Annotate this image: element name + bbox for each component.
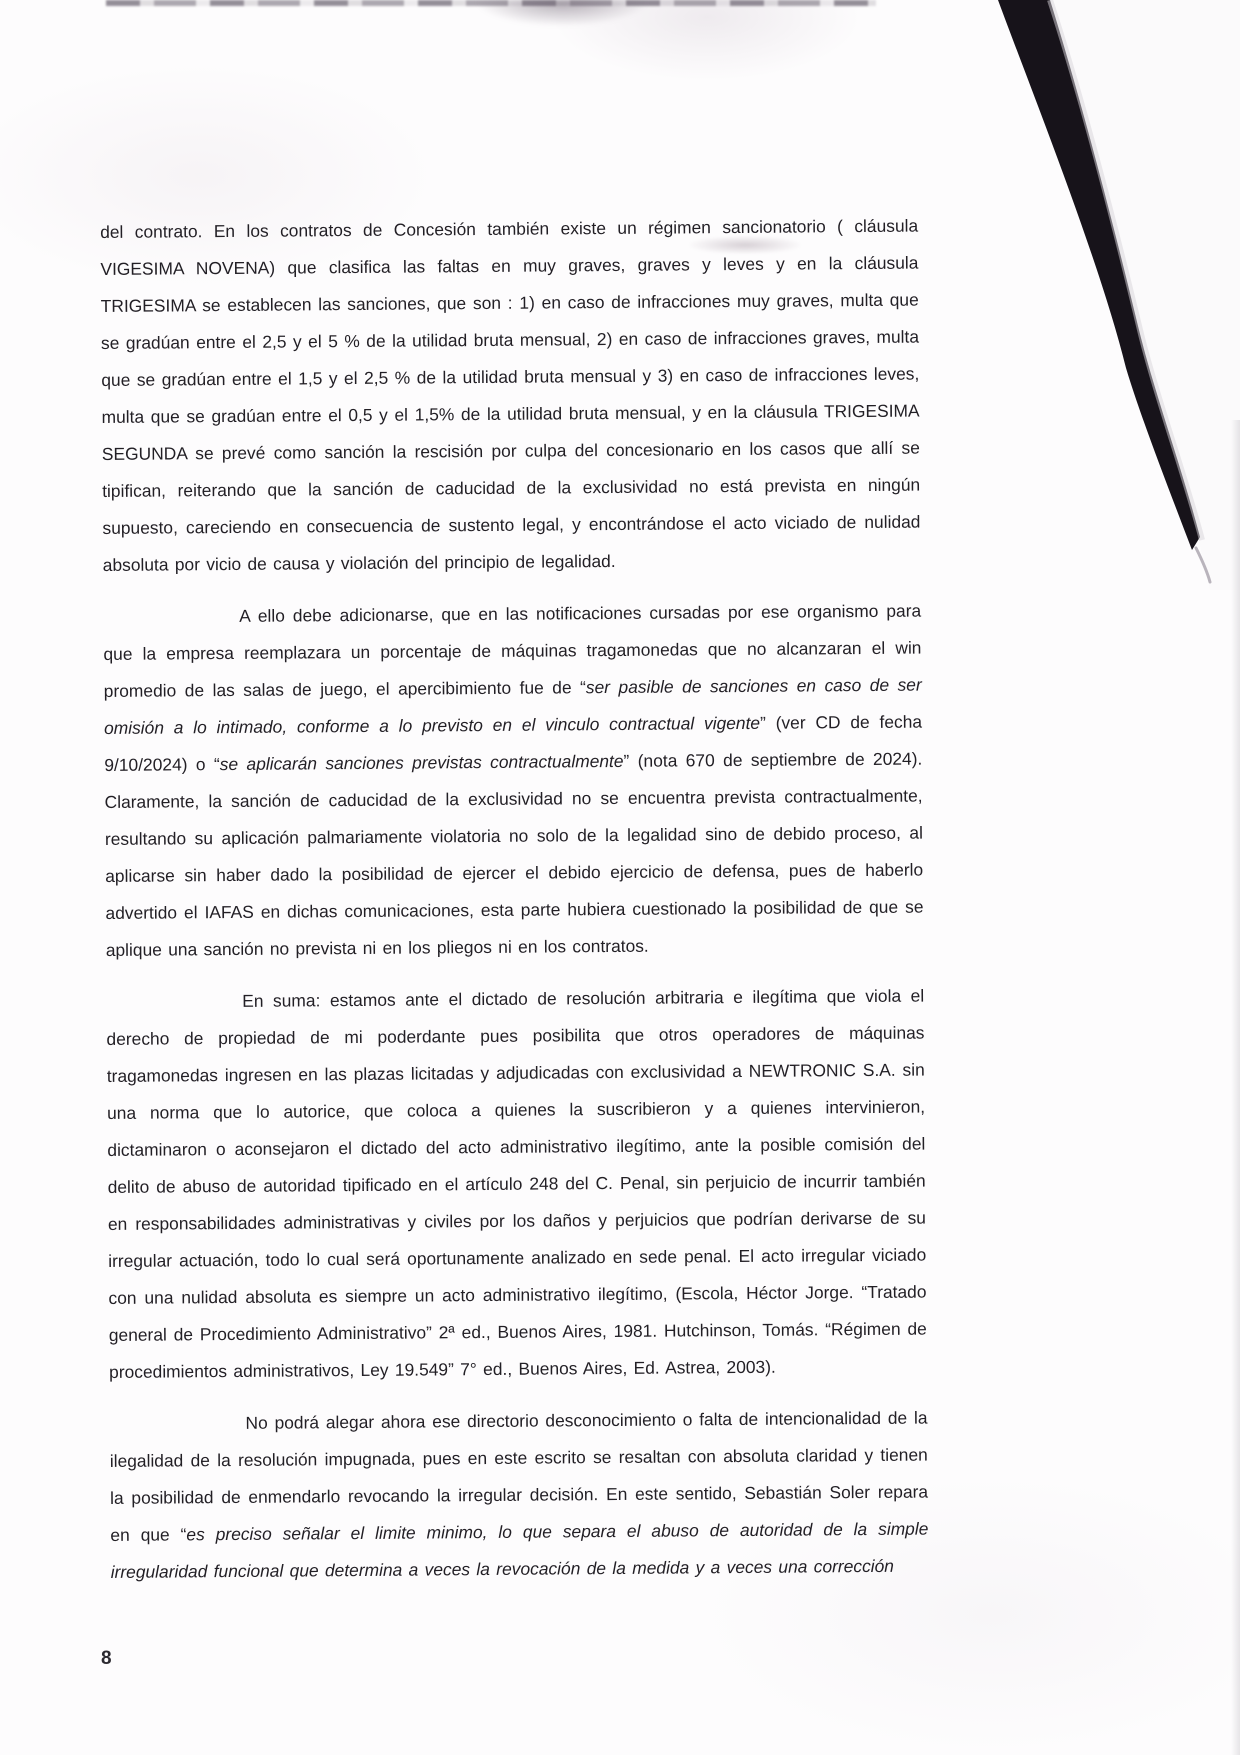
body-text: En suma: estamos ante el dictado de reso…: [106, 986, 926, 1382]
body-text: del contrato. En los contratos de Conces…: [100, 216, 920, 575]
paragraph: del contrato. En los contratos de Conces…: [100, 208, 921, 584]
scanner-smudge: [476, 0, 648, 26]
page-curl-shadow: [880, 0, 1240, 590]
page-number: 8: [101, 1648, 112, 1670]
scanned-document-page: del contrato. En los contratos de Conces…: [0, 0, 1240, 1755]
document-body: del contrato. En los contratos de Conces…: [100, 208, 929, 1606]
quoted-italic-text: se aplicarán sanciones previstas contrac…: [220, 751, 624, 774]
body-text: ” (nota 670 de septiembre de 2024). Clar…: [105, 749, 924, 960]
paragraph: En suma: estamos ante el dictado de reso…: [106, 978, 927, 1391]
quoted-italic-text: es preciso señalar el limite minimo, lo …: [111, 1519, 929, 1582]
paragraph: A ello debe adicionarse, que en las noti…: [103, 593, 924, 969]
scan-right-edge-shade: [1231, 420, 1240, 1755]
paragraph: No podrá alegar ahora ese directorio des…: [109, 1400, 928, 1591]
